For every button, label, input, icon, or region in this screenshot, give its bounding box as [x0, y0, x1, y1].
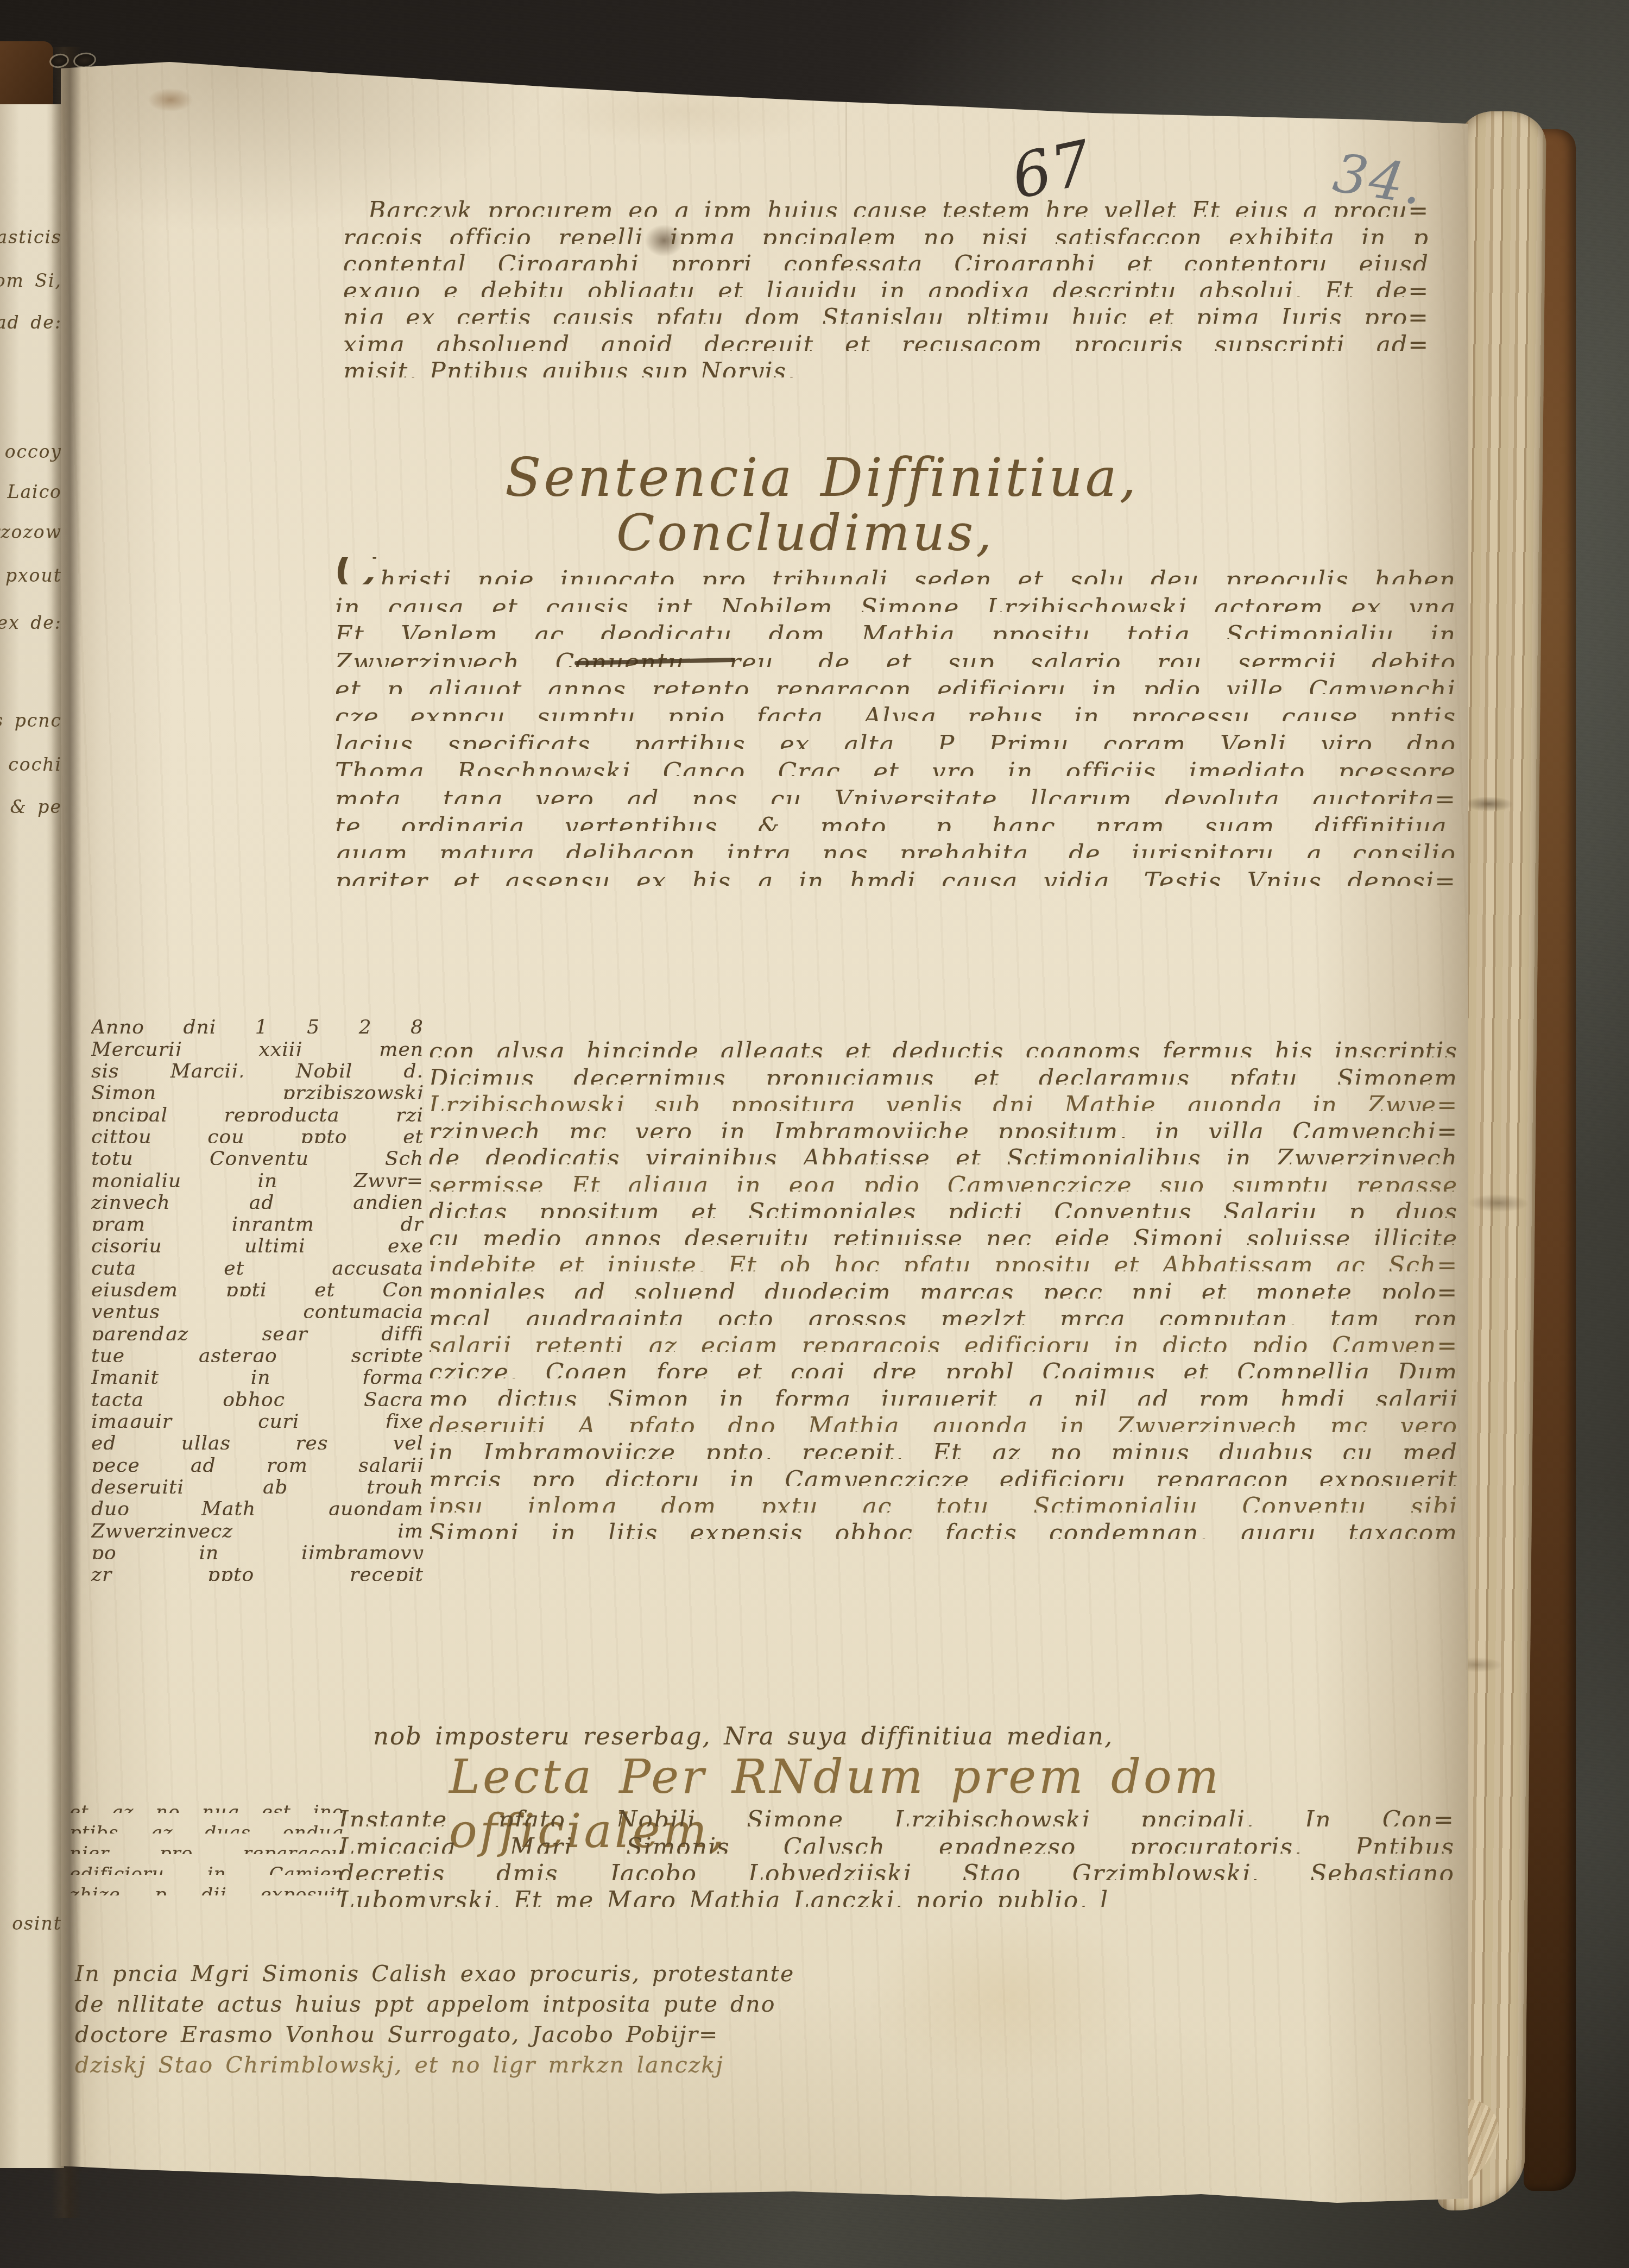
manuscript-line: dziskj Stao Chrimblowskj, et no ligr mrk…: [75, 2050, 960, 2080]
margin-line: po in ijmbramovy: [91, 1538, 424, 1559]
margin-line: pram inrantm dr: [91, 1209, 424, 1231]
margin-line: pncipal reproducta rzi: [91, 1099, 424, 1121]
manuscript-line: Christi noie inuocato pro tribunali sede…: [335, 557, 1456, 584]
manuscript-line: lacius specificats, partibus ex alta, P …: [335, 721, 1456, 748]
manuscript-line: niq ex certis causis pfatu dom Stanislau…: [343, 297, 1429, 324]
manuscript-line: mota, tanq vero ad nos cu Vniversitate l…: [335, 776, 1456, 803]
margin-line: zr ppto recepit: [91, 1559, 424, 1581]
margin-line: nier pro reparacou: [70, 1834, 344, 1854]
manuscript-line: et p aliquot annos retento reparacon edi…: [335, 667, 1456, 694]
ink-smudge: [148, 88, 193, 112]
manuscript-line: exquo e debitu obligatu et liquidu in ap…: [343, 270, 1429, 297]
manuscript-line: In pncia Mgri Simonis Calish exao procur…: [75, 1958, 960, 1989]
sentence-paragraph: Christi noie inuocato pro tribunali sede…: [335, 557, 1456, 886]
manuscript-line: te ordinaria vertentibus & moto, p hanc …: [335, 804, 1456, 831]
margin-line: tue astergo scripte: [91, 1340, 424, 1362]
bottom-margin-annotation: et qz no nug est inoptibs qz duas ondugn…: [70, 1792, 344, 1895]
reservation-line: nob imposteru reserbag, Nra suya diffini…: [373, 1722, 1113, 1750]
margin-line: Imanit in forma: [91, 1362, 424, 1384]
gutter-shadow: [51, 47, 81, 2218]
manuscript-line: mrcis pro dictoru in Camyenczicze edific…: [429, 1459, 1458, 1485]
opening-paragraph: Barczyk procurem eo q ipm huius cause te…: [343, 190, 1429, 377]
margin-line: Zwyerzinyecz im: [91, 1515, 424, 1537]
margin-line: cisoriu ultimi exe: [91, 1231, 424, 1252]
manuscript-line: contental Cirographi propri confessata C…: [343, 244, 1429, 270]
manuscript-line: Zwyerzinyech Conuentu, reu. de et sup sa…: [335, 639, 1456, 666]
margin-line: tacta obhoc Sacra: [91, 1384, 424, 1406]
manuscript-line: Et Venlem ac deodicatu dom Mathia pposit…: [335, 612, 1456, 639]
margin-line: Simon przibiszowskj: [91, 1078, 424, 1099]
margin-line: edificioru in Camien: [70, 1854, 344, 1875]
margin-annotation: Anno dni 1 5 2 8Mercurij xxiij mensis Ma…: [91, 1012, 424, 1581]
manuscript-line: czicze, Cogen fore et cogi dre probl Cog…: [429, 1352, 1458, 1378]
manuscript-line: xima absoluend anoid decreuit et recusac…: [343, 324, 1429, 350]
manuscript-line: cze expncu sumptu ppio facta, Alysq rebu…: [335, 694, 1456, 721]
manuscript-line: mo dictus Simon in forma iurauerit q nil…: [429, 1378, 1458, 1405]
presence-paragraph: Instante pfato Nobili Simone Lrzibischow…: [339, 1800, 1455, 1907]
margin-line: ventus contumacia: [91, 1296, 424, 1318]
protest-paragraph: In pncia Mgri Simonis Calish exao procur…: [75, 1958, 960, 2080]
margin-line: parendqz seqr diffi: [91, 1318, 424, 1340]
margin-line: cuta et accusata: [91, 1252, 424, 1274]
manuscript-line: deseruiti A pfato dno Mathia quonda in Z…: [429, 1406, 1458, 1432]
margin-line: monialiu in Zwyr=: [91, 1165, 424, 1187]
manuscript-line: Barczyk procurem eo q ipm huius cause te…: [343, 190, 1429, 217]
margin-line: zhize p dij exposuit: [70, 1875, 344, 1895]
manuscript-line: pariter et assensu ex his q in hmdi caus…: [335, 858, 1456, 885]
margin-line: pece ad rom salarij: [91, 1450, 424, 1471]
margin-line: deseruiti ab trouh: [91, 1472, 424, 1494]
manuscript-line: Lmicacia Mgri Simonis Calysch epadnezso …: [339, 1826, 1455, 1853]
manuscript-line: moniales ad soluend duodecim marcas pecc…: [429, 1271, 1458, 1298]
manuscript-line: salarij retenti qz eciam reparacois edif…: [429, 1325, 1458, 1352]
heading-line-1: Sentencia Diffinitiua,: [505, 450, 1139, 506]
manuscript-line: cu medio annos deseruitu retinuisse nec …: [429, 1218, 1458, 1245]
manuscript-line: dictas ppositum et Sctimoniales pdicti C…: [429, 1192, 1458, 1218]
manuscript-line: Dicimus decernimus pronuciamus et declar…: [429, 1057, 1458, 1084]
heading-line-2: Concludimus,: [616, 506, 1139, 560]
margin-line: eiusdem ppti et Con: [91, 1275, 424, 1296]
manuscript-line: Thoma Roschnowskj Canco Crac et vro in o…: [335, 749, 1456, 776]
margin-line: ptibs qz duas ondug: [70, 1813, 344, 1834]
manuscript-line: Simoni in litis expensis obhoc factis co…: [429, 1513, 1458, 1539]
manuscript-line: con alysq hincinde allegats et deductis …: [429, 1031, 1458, 1057]
manuscript-line: ipsu inlomq dom pxtu ac totu Sctimoniali…: [429, 1486, 1458, 1513]
margin-line: Anno dni 1 5 2 8: [91, 1012, 424, 1034]
margin-line: Mercurij xxiij men: [91, 1034, 424, 1055]
manuscript-page: 67 34. Barczyk procurem eo q ipm huius c…: [61, 48, 1468, 2216]
manuscript-line: in causa et causis int Nobilem Simone Lr…: [335, 584, 1456, 612]
manuscript-scan: iasticisdom Si,t ad de:pony occoyida Lai…: [0, 0, 1629, 2268]
margin-line: sis Marcij, Nobil d.: [91, 1056, 424, 1078]
manuscript-line: rzinyech mc vero in Imbramovijche pposit…: [429, 1111, 1458, 1138]
manuscript-line: de nllitate actus huius ppt appelom intp…: [75, 1989, 960, 2019]
sentence-heading: Sentencia Diffinitiua, Concludimus,: [505, 450, 1139, 560]
manuscript-line: Lubomyrskj, Et me Mgro Mathia Lanczkj, n…: [339, 1880, 1455, 1907]
margin-line: imaguir curi fixe: [91, 1406, 424, 1428]
margin-line: totu Conventu Sch: [91, 1143, 424, 1165]
manuscript-line: decretis dmis Jacobo Lobyedzijskj Stao G…: [339, 1854, 1455, 1880]
manuscript-line: de deodicatis virginibus Abbatisse et Sc…: [429, 1138, 1458, 1164]
margin-line: zinyech ad andien: [91, 1187, 424, 1209]
manuscript-line: racois officio repelli ipmq pncipalem no…: [343, 217, 1429, 243]
margin-line: cittou cou ppto et: [91, 1122, 424, 1143]
manuscript-line: quam matura delibacon intra nos prehabit…: [335, 831, 1456, 858]
manuscript-line: indebite et iniuste, Et ob hoc pfatu ppo…: [429, 1245, 1458, 1271]
decision-paragraph: con alysq hincinde allegats et deductis …: [429, 1031, 1458, 1539]
margin-line: ed ullas res vel: [91, 1428, 424, 1450]
manuscript-line: misit, Pntibus quibus sup Noryis,: [343, 351, 1429, 377]
margin-line: duo Math quondam: [91, 1494, 424, 1515]
margin-line: et qz no nug est ino: [70, 1792, 344, 1813]
manuscript-line: mcal quadraginta octo grossos mezlzt mrc…: [429, 1299, 1458, 1325]
manuscript-line: sermisse Et aliqua in eoq pdio Camyenczi…: [429, 1164, 1458, 1191]
manuscript-line: Lrzibischowskj sub ppositura venlis dni …: [429, 1085, 1458, 1111]
manuscript-line: in Imbramovijcze ppto, recepit, Et qz no…: [429, 1432, 1458, 1459]
manuscript-line: Instante pfato Nobili Simone Lrzibischow…: [339, 1800, 1455, 1826]
manuscript-line: doctore Erasmo Vonhou Surrogato, Jacobo …: [75, 2019, 960, 2050]
